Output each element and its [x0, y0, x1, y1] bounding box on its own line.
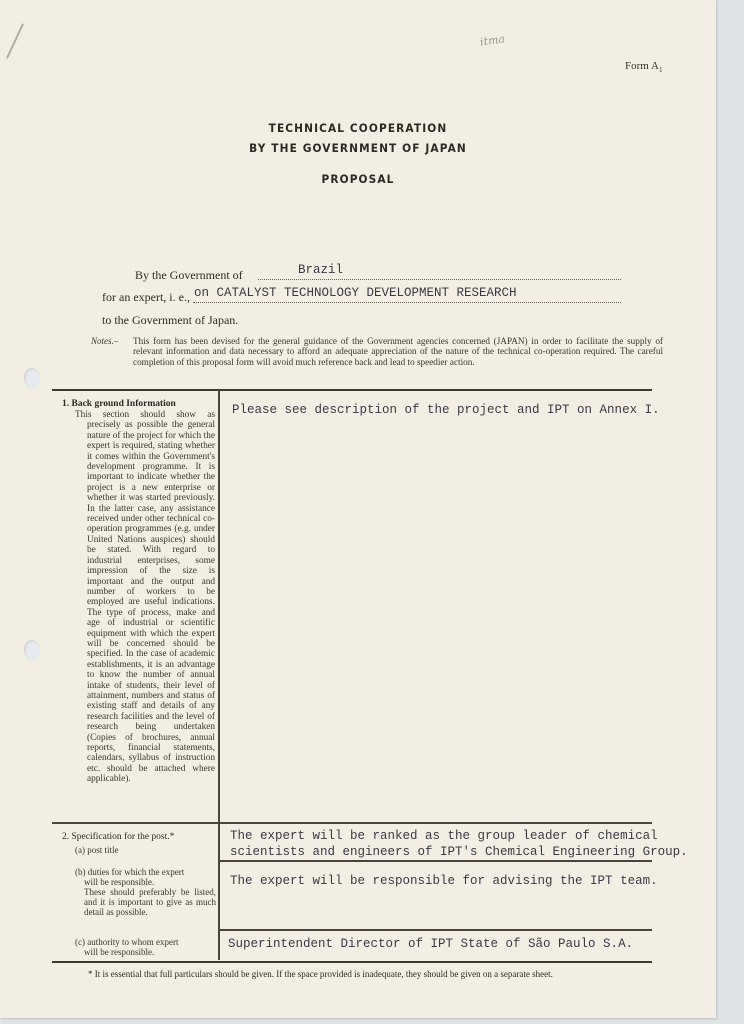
expert-dotted-line — [193, 302, 621, 303]
form-label-text: Form A — [625, 60, 659, 72]
section-divider — [52, 822, 652, 824]
expert-value[interactable]: on CATALYST TECHNOLOGY DEVELOPMENT RESEA… — [194, 286, 517, 300]
post-title-divider — [219, 860, 652, 862]
section-1-number: 1. — [62, 399, 69, 409]
footnote: * It is essential that full particulars … — [88, 969, 553, 979]
to-government-text: to the Government of Japan. — [102, 313, 238, 328]
section-1-instructions: This section should show as precisely as… — [75, 410, 215, 785]
post-title-answer-line-1[interactable]: The expert will be ranked as the group l… — [230, 829, 658, 843]
title-proposal: PROPOSAL — [29, 172, 688, 186]
section-1-answer[interactable]: Please see description of the project an… — [232, 403, 660, 417]
notes-label: Notes.– — [91, 336, 118, 346]
column-divider — [218, 390, 220, 960]
form-label: Form A1 — [625, 60, 662, 74]
section-2-title: Specification for the post.* — [72, 832, 175, 842]
duties-divider — [219, 929, 652, 931]
post-title-answer-line-2[interactable]: scientists and engineers of IPT's Chemic… — [230, 845, 688, 859]
duties-answer[interactable]: The expert will be responsible for advis… — [230, 874, 658, 888]
notes-text: This form has been devised for the gener… — [133, 336, 663, 367]
section-2-number: 2. — [62, 832, 69, 842]
section-1-title: Back ground Information — [72, 399, 176, 409]
duties-label-line-1: (b) duties for which the expert — [75, 867, 184, 877]
table-bottom-border — [52, 961, 652, 963]
post-title-label: (a) post title — [75, 845, 119, 855]
punch-hole-bottom — [24, 640, 40, 660]
punch-hole-top — [24, 368, 40, 388]
section-2-heading: 2. Specification for the post.* — [62, 832, 174, 842]
government-value[interactable]: Brazil — [298, 263, 343, 277]
government-dotted-line — [258, 279, 621, 280]
authority-answer[interactable]: Superintendent Director of IPT State of … — [228, 937, 633, 951]
title-line-1: TECHNICAL COOPERATION — [29, 121, 688, 135]
expert-label: for an expert, i. e., — [102, 290, 190, 305]
table-top-border — [52, 389, 652, 391]
duties-note: These should preferably be listed, and i… — [84, 887, 216, 917]
authority-label-line-2: will be responsible. — [84, 947, 154, 957]
form-page: itma Form A1 TECHNICAL COOPERATION BY TH… — [0, 0, 716, 1018]
form-label-subscript: 1 — [659, 66, 663, 74]
pencil-mark — [6, 23, 24, 58]
government-label: By the Government of — [135, 268, 243, 283]
duties-label-line-2: will be responsible. — [84, 877, 154, 887]
handwritten-note: itma — [479, 32, 506, 48]
authority-label-line-1: (c) authority to whom expert — [75, 937, 178, 947]
section-1-heading: 1. Back ground Information — [62, 399, 176, 409]
title-line-2: BY THE GOVERNMENT OF JAPAN — [29, 141, 688, 155]
